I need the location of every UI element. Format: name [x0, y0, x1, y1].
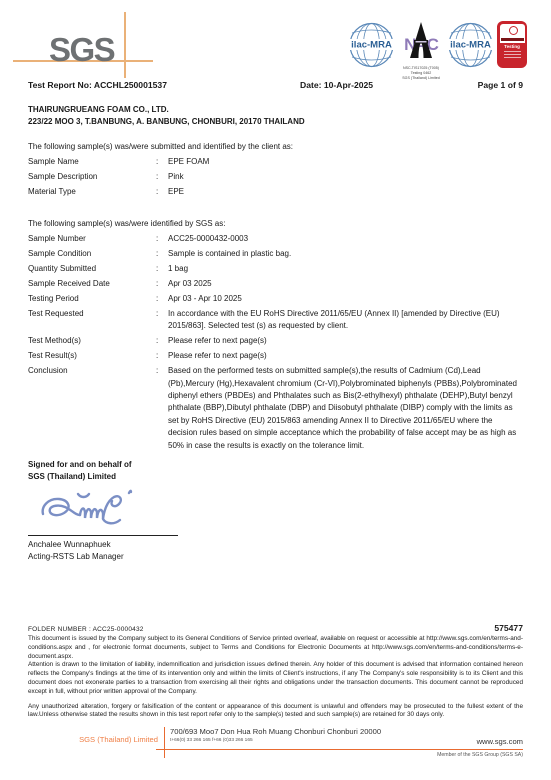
footer-member-text: Member of the SGS Group (SGS SA): [437, 752, 523, 758]
field-value: Pink: [168, 171, 523, 183]
field-value: ACC25-0000432-0003: [168, 233, 523, 245]
field-row-test-requested: Test Requested : In accordance with the …: [28, 308, 523, 333]
legal-paragraph-2: Attention is drawn to the limitation of …: [28, 661, 523, 696]
folder-number: FOLDER NUMBER : ACC25-0000432: [28, 626, 494, 633]
field-row-sample-received-date: Sample Received Date : Apr 03 2025: [28, 278, 523, 290]
nac-caption-line1: NSC-TIS17025 (T005): [400, 65, 441, 70]
field-colon: :: [156, 186, 168, 198]
field-colon: :: [156, 278, 168, 290]
legal-paragraph-3: Any unauthorized alteration, forgery or …: [28, 703, 523, 721]
sgs-section-intro: The following sample(s) was/were identif…: [28, 218, 523, 230]
client-address: 223/22 MOO 3, T.BANBUNG, A. BANBUNG, CHO…: [28, 116, 523, 128]
field-row-sample-description: Sample Description : Pink: [28, 171, 523, 183]
field-row-sample-condition: Sample Condition : Sample is contained i…: [28, 248, 523, 260]
signature-line: [28, 535, 178, 536]
field-label: Sample Name: [28, 156, 156, 168]
field-colon: :: [156, 293, 168, 305]
legal-paragraph-1: This document is issued by the Company s…: [28, 635, 523, 661]
field-label: Sample Number: [28, 233, 156, 245]
signature-block: Signed for and on behalf of SGS (Thailan…: [28, 459, 523, 564]
badge-caption-line: [504, 57, 521, 58]
field-label: Sample Description: [28, 171, 156, 183]
field-colon: :: [156, 156, 168, 168]
page-indicator: Page 1 of 9: [467, 80, 523, 90]
field-colon: :: [156, 248, 168, 260]
report-header-line: Test Report No: ACCHL250001537 Date: 10-…: [28, 80, 523, 90]
signer-name: Anchalee Wunnaphuek: [28, 539, 523, 551]
footer-contact-bar: SGS (Thailand) Limited 700/693 Moo7 Don …: [28, 725, 523, 765]
signature-icon: [34, 487, 166, 534]
field-colon: :: [156, 308, 168, 333]
field-value: Sample is contained in plastic bag.: [168, 248, 523, 260]
field-value: Please refer to next page(s): [168, 335, 523, 347]
report-date: Date: 10-Apr-2025: [300, 80, 467, 90]
field-label: Test Requested: [28, 308, 156, 333]
client-name: THAIRUNGRUEANG FOAM CO., LTD.: [28, 104, 523, 116]
field-value: Based on the performed tests on submitte…: [168, 365, 523, 452]
field-label: Testing Period: [28, 293, 156, 305]
field-colon: :: [156, 335, 168, 347]
testing-certification-badge: Testing: [497, 21, 527, 68]
ilac-mra-icon: ilac-MRA: [348, 20, 395, 70]
field-value: 1 bag: [168, 263, 523, 275]
sgs-logo-text: SGS: [49, 33, 114, 66]
badge-caption-line: [504, 51, 521, 52]
nac-caption-line2: Testing 0462: [400, 70, 441, 75]
signed-for-line: Signed for and on behalf of: [28, 459, 523, 471]
footer-horizontal-divider: [156, 749, 523, 750]
accreditation-logos: ilac-MRA NAC NSC-TIS17025 (T005) Testing…: [348, 20, 527, 80]
field-label: Material Type: [28, 186, 156, 198]
badge-emblem: [500, 24, 525, 43]
field-label: Test Method(s): [28, 335, 156, 347]
field-colon: :: [156, 365, 168, 452]
field-row-sample-name: Sample Name : EPE FOAM: [28, 156, 523, 168]
client-section-intro: The following sample(s) was/were submitt…: [28, 141, 523, 153]
footer-vertical-divider: [164, 727, 165, 758]
field-label: Conclusion: [28, 365, 156, 452]
sgs-logo-vertical-line: [124, 12, 126, 78]
footer-phone: t+66(0) 33 266 165 f+66 (0)33 266 165: [170, 737, 523, 744]
field-row-quantity-submitted: Quantity Submitted : 1 bag: [28, 263, 523, 275]
field-value: Apr 03 2025: [168, 278, 523, 290]
field-colon: :: [156, 350, 168, 362]
badge-caption-line: [504, 54, 521, 55]
field-label: Test Result(s): [28, 350, 156, 362]
badge-ring-icon: [509, 26, 518, 35]
document-number: 575477: [494, 623, 523, 633]
svg-text:ilac-MRA: ilac-MRA: [351, 40, 392, 51]
signing-company: SGS (Thailand) Limited: [28, 471, 523, 483]
footer-address: 700/693 Moo7 Don Hua Roh Muang Chonburi …: [170, 727, 523, 737]
field-value: Please refer to next page(s): [168, 350, 523, 362]
footer-company-name: SGS (Thailand) Limited: [28, 735, 158, 744]
field-row-sample-number: Sample Number : ACC25-0000432-0003: [28, 233, 523, 245]
badge-title: Testing: [500, 43, 525, 50]
badge-banner: [501, 38, 524, 41]
footer-legal: FOLDER NUMBER : ACC25-0000432 575477 Thi…: [28, 623, 523, 720]
test-report-page: SGS ilac-MRA NAC NSC-TIS17025 (T005) Tes…: [0, 0, 551, 780]
svg-text:ilac-MRA: ilac-MRA: [450, 40, 491, 51]
ilac-mra-icon: ilac-MRA: [447, 20, 494, 70]
report-body: THAIRUNGRUEANG FOAM CO., LTD. 223/22 MOO…: [28, 104, 523, 564]
sgs-logo: SGS: [13, 10, 153, 80]
field-row-testing-period: Testing Period : Apr 03 - Apr 10 2025: [28, 293, 523, 305]
nac-accreditation: NAC NSC-TIS17025 (T005) Testing 0462 SGS…: [398, 20, 444, 80]
field-row-test-results: Test Result(s) : Please refer to next pa…: [28, 350, 523, 362]
field-value: Apr 03 - Apr 10 2025: [168, 293, 523, 305]
field-row-material-type: Material Type : EPE: [28, 186, 523, 198]
field-value: In accordance with the EU RoHS Directive…: [168, 308, 523, 333]
field-label: Sample Condition: [28, 248, 156, 260]
signer-title: Acting-RSTS Lab Manager: [28, 551, 523, 563]
field-colon: :: [156, 171, 168, 183]
field-row-test-methods: Test Method(s) : Please refer to next pa…: [28, 335, 523, 347]
field-label: Sample Received Date: [28, 278, 156, 290]
report-number: Test Report No: ACCHL250001537: [28, 80, 300, 90]
field-value: EPE FOAM: [168, 156, 523, 168]
field-colon: :: [156, 263, 168, 275]
field-row-conclusion: Conclusion : Based on the performed test…: [28, 365, 523, 452]
field-value: EPE: [168, 186, 523, 198]
nac-icon: NAC: [399, 20, 443, 60]
field-colon: :: [156, 233, 168, 245]
footer-website-link[interactable]: www.sgs.com: [477, 737, 523, 746]
field-label: Quantity Submitted: [28, 263, 156, 275]
